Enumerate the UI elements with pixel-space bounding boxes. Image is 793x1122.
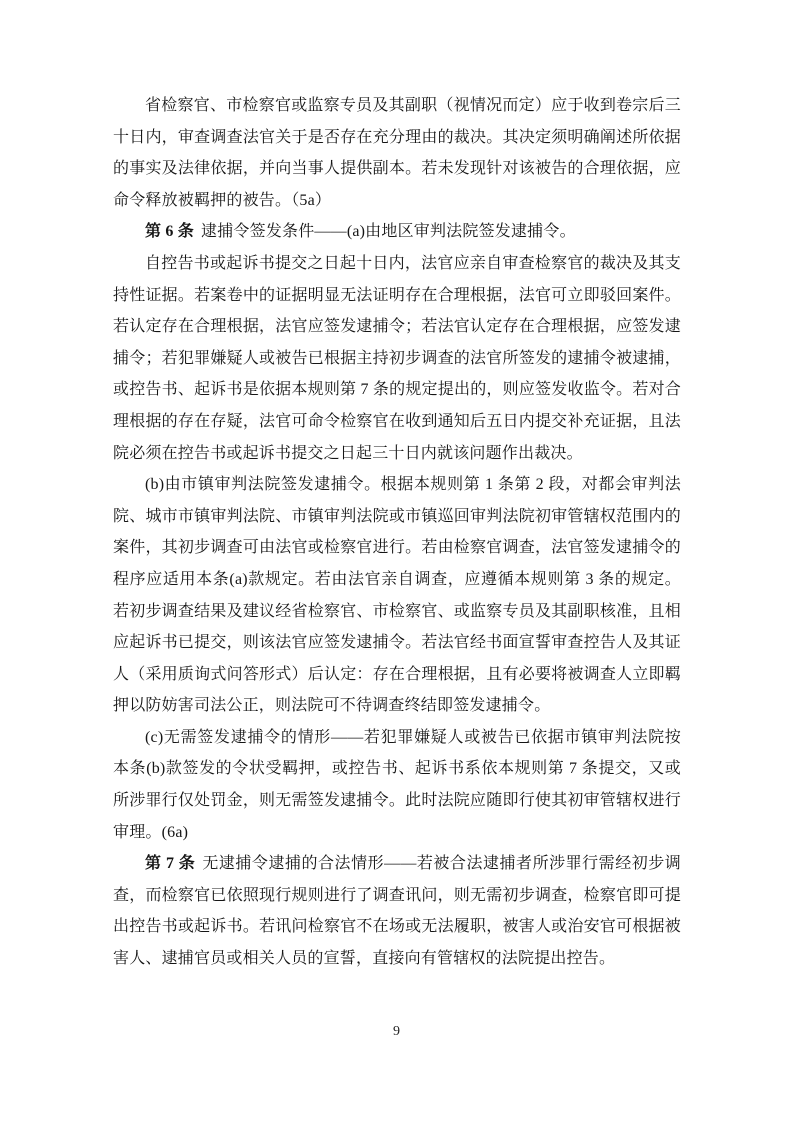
paragraph-text: 省检察官、市检察官或监察专员及其副职（视情况而定）应于收到卷宗后三十日内，审查调… [113,97,681,209]
article-number-label: 第 7 条 [145,855,195,872]
paragraph-text: 无逮捕令逮捕的合法情形——若被合法逮捕者所涉罪行需经初步调查，而检察官已依照现行… [113,855,681,967]
page-number: 9 [0,1022,793,1042]
paragraph-text: (b)由市镇审判法院签发逮捕令。根据本规则第 1 条第 2 段，对都会审判法院、… [113,476,681,714]
paragraph-text: 自控告书或起诉书提交之日起十日内，法官应亲自审查检察官的裁决及其支持性证据。若案… [113,255,681,462]
document-page: 省检察官、市检察官或监察专员及其副职（视情况而定）应于收到卷宗后三十日内，审查调… [0,0,793,1122]
paragraph-text: 逮捕令签发条件——(a)由地区审判法院签发逮捕令。 [201,223,576,240]
body-paragraph: 省检察官、市检察官或监察专员及其副职（视情况而定）应于收到卷宗后三十日内，审查调… [113,90,681,216]
body-paragraph: 自控告书或起诉书提交之日起十日内，法官应亲自审查检察官的裁决及其支持性证据。若案… [113,248,681,469]
article-number-label: 第 6 条 [145,223,194,240]
paragraph-text: (c)无需签发逮捕令的情形——若犯罪嫌疑人或被告已依据市镇审判法院按本条(b)款… [113,729,681,841]
document-content: 省检察官、市检察官或监察专员及其副职（视情况而定）应于收到卷宗后三十日内，审查调… [113,90,681,975]
body-paragraph: (c)无需签发逮捕令的情形——若犯罪嫌疑人或被告已依据市镇审判法院按本条(b)款… [113,722,681,848]
article-paragraph: 第 7 条无逮捕令逮捕的合法情形——若被合法逮捕者所涉罪行需经初步调查，而检察官… [113,848,681,974]
body-paragraph: (b)由市镇审判法院签发逮捕令。根据本规则第 1 条第 2 段，对都会审判法院、… [113,469,681,722]
article-paragraph: 第 6 条逮捕令签发条件——(a)由地区审判法院签发逮捕令。 [113,216,681,248]
